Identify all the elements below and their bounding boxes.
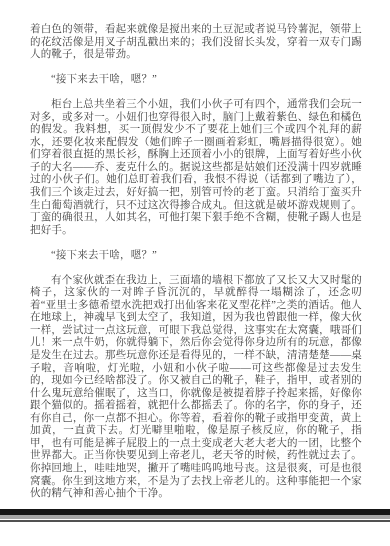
page-bottom-edge-shadow (0, 509, 390, 522)
edge-shadow-rule-line (0, 520, 390, 522)
paragraph-continuation: 着白色的领带，看起来就像是搅出来的土豆泥或者说马铃薯泥，领带上的花纹活像是用叉子… (30, 24, 362, 62)
paragraph: 柜台上总共坐着三个小妞，我们小伙子可有四个，通常我们会玩一对多，或多对一。小妞们… (30, 99, 362, 237)
paragraph: 有个家伙就歪在我边上，三面墙的墙根下都放了又长又大又时髦的椅子，这家伙的一对眸子… (30, 275, 362, 501)
edge-shadow-gray-band (0, 515, 390, 519)
dialogue-line: “接下来去干啥，嗯？” (30, 250, 362, 263)
book-page: 着白色的领带，看起来就像是搅出来的土豆泥或者说马铃薯泥，领带上的花纹活像是用叉子… (0, 0, 390, 546)
dialogue-line: “接下来去干啥，嗯？” (30, 74, 362, 87)
page-text-block: 着白色的领带，看起来就像是搅出来的土豆泥或者说马铃薯泥，领带上的花纹活像是用叉子… (30, 24, 362, 513)
